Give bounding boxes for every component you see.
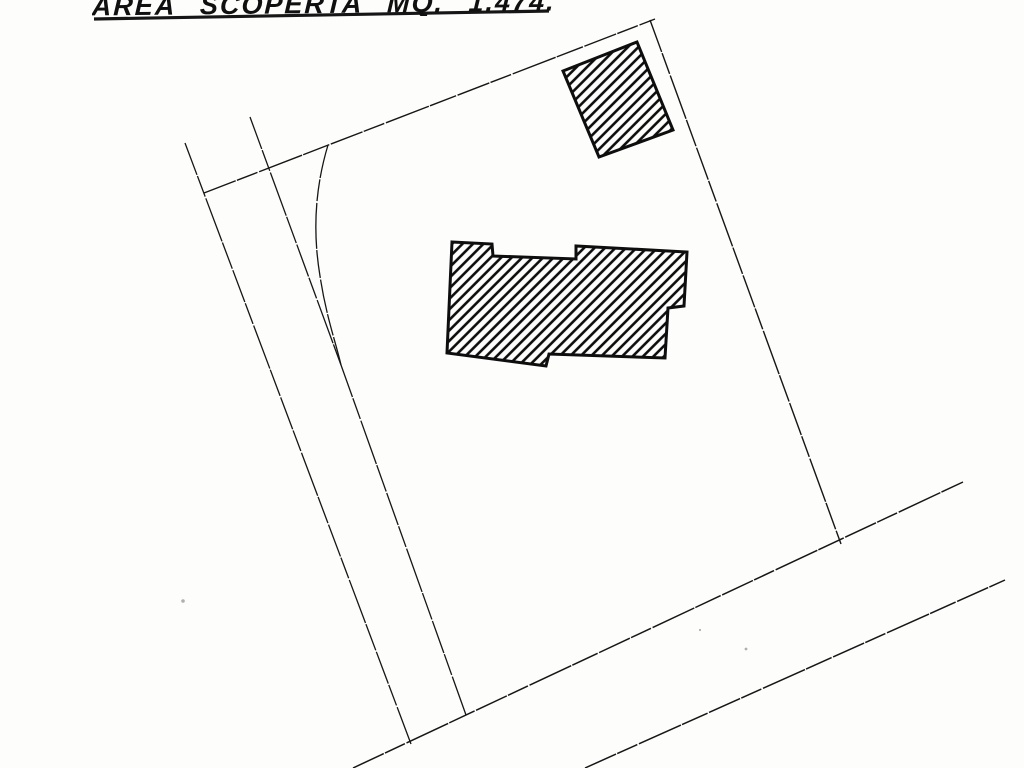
scan-speck	[699, 629, 701, 631]
road-edge-upper	[353, 482, 963, 768]
plan-title: AREA SCOPERTA MQ. 1.474.	[92, 0, 592, 16]
outer-west-line	[185, 143, 411, 744]
west-parcel-line-lower	[341, 365, 466, 715]
building-small-hatched	[563, 42, 673, 157]
road-edge-lower	[585, 580, 1005, 768]
west-parcel-line-upper	[250, 117, 341, 365]
building-main-hatched	[447, 242, 687, 366]
cadastral-plan-page: AREA SCOPERTA MQ. 1.474.	[0, 0, 1024, 768]
plan-title-text: AREA SCOPERTA MQ. 1.474.	[92, 0, 556, 16]
plan-drawing	[0, 0, 1024, 768]
scan-speck	[181, 599, 185, 603]
scan-speck	[745, 648, 748, 651]
